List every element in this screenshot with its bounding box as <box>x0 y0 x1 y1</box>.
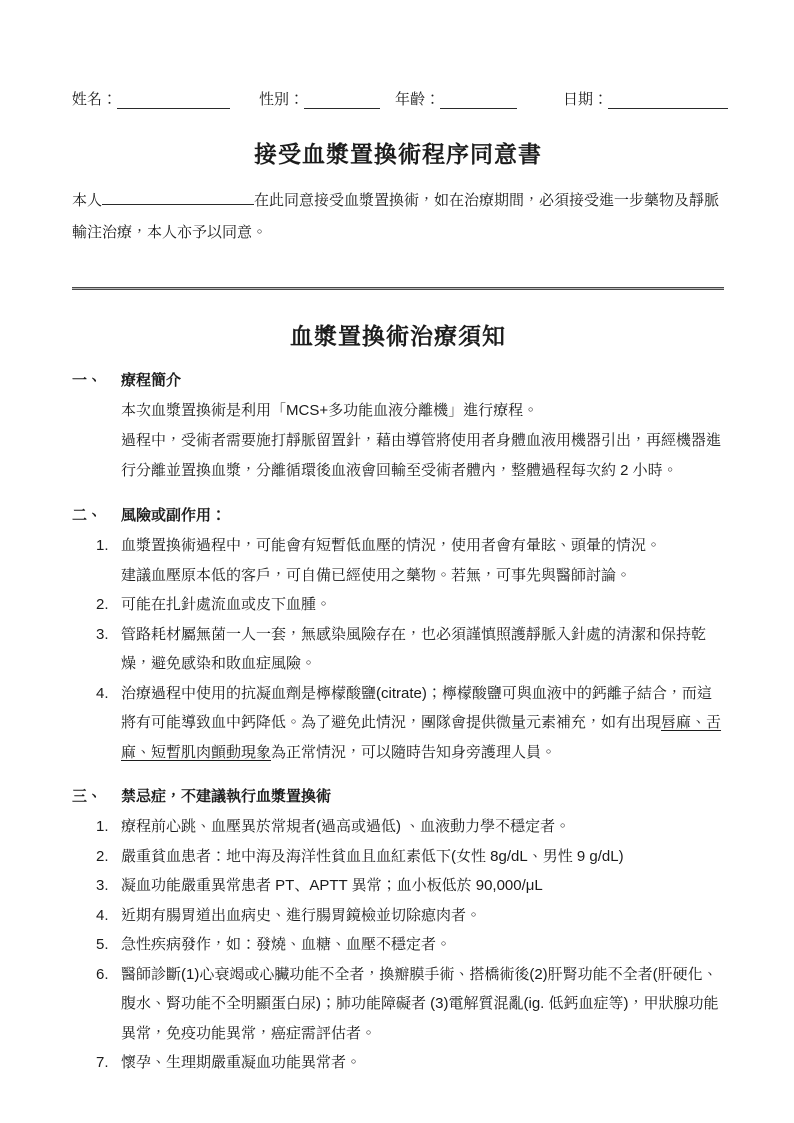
list-item-number: 1. <box>96 812 121 842</box>
section-number: 一、 <box>72 366 121 396</box>
section-contraindications: 三、 禁忌症，不建議執行血漿置換術 1. 療程前心跳、血壓異於常規者(過高或過低… <box>72 782 724 1078</box>
header-fields: 姓名： 性別： 年齡： 日期： <box>72 88 724 109</box>
section-divider-rule <box>72 287 724 290</box>
section-heading: 一、 療程簡介 <box>72 366 724 396</box>
consenter-name-blank-line <box>102 189 254 205</box>
list-item: 6. 醫師診斷(1)心衰竭或心臟功能不全者，換瓣膜手術、搭橋術後(2)肝腎功能不… <box>72 960 724 1049</box>
age-field: 年齡： <box>395 88 517 109</box>
notice-title: 血漿置換術治療須知 <box>72 318 724 351</box>
consent-title: 接受血漿置換術程序同意書 <box>72 136 724 169</box>
name-field: 姓名： <box>72 88 230 109</box>
list-item: 2. 可能在扎針處流血或皮下血腫。 <box>72 590 724 620</box>
sex-field: 性別： <box>259 88 380 109</box>
list-item-number: 7. <box>96 1048 121 1078</box>
age-label: 年齡： <box>395 88 440 109</box>
list-item-text: 血漿置換術過程中，可能會有短暫低血壓的情況，使用者會有暈眩、頭暈的情況。 建議血… <box>121 531 724 590</box>
sex-label: 性別： <box>259 88 304 109</box>
section-heading-text: 療程簡介 <box>121 366 724 396</box>
date-blank-line <box>608 92 728 109</box>
list-item: 3. 管路耗材屬無菌一人一套，無感染風險存在，也必須謹慎照護靜脈入針處的清潔和保… <box>72 620 724 679</box>
list-item-text: 近期有腸胃道出血病史、進行腸胃鏡檢並切除瘜肉者。 <box>121 901 724 931</box>
section-treatment-intro: 一、 療程簡介 本次血漿置換術是利用「MCS+多功能血液分離機」進行療程。 過程… <box>72 366 724 486</box>
section-heading-text: 風險或副作用： <box>121 501 724 531</box>
section-heading: 三、 禁忌症，不建議執行血漿置換術 <box>72 782 724 812</box>
list-item-text: 嚴重貧血患者：地中海及海洋性貧血且血紅素低下(女性 8g/dL、男性 9 g/d… <box>121 842 724 872</box>
item-text-segment: 為正常情況，可以隨時告知身旁護理人員。 <box>271 744 556 761</box>
list-item-number: 3. <box>96 871 121 901</box>
name-blank-line <box>117 92 230 109</box>
list-item-number: 2. <box>96 842 121 872</box>
document-page: 姓名： 性別： 年齡： 日期： 接受血漿置換術程序同意書 本人在此同意接受血漿置… <box>0 0 794 1123</box>
name-label: 姓名： <box>72 88 117 109</box>
list-item-text: 凝血功能嚴重異常患者 PT、APTT 異常；血小板低於 90,000/μL <box>121 871 724 901</box>
list-item: 1. 療程前心跳、血壓異於常規者(過高或過低) 、血液動力學不穩定者。 <box>72 812 724 842</box>
sex-blank-line <box>304 92 380 109</box>
list-item-number: 2. <box>96 590 121 620</box>
list-item-number: 1. <box>96 531 121 590</box>
date-field: 日期： <box>563 88 728 109</box>
list-item-text: 懷孕、生理期嚴重凝血功能異常者。 <box>121 1048 724 1078</box>
section-number: 二、 <box>72 501 121 531</box>
list-item: 1. 血漿置換術過程中，可能會有短暫低血壓的情況，使用者會有暈眩、頭暈的情況。 … <box>72 531 724 590</box>
list-item-number: 4. <box>96 901 121 931</box>
list-item: 4. 治療過程中使用的抗凝血劑是檸檬酸鹽(citrate)；檸檬酸鹽可與血液中的… <box>72 679 724 768</box>
list-item: 7. 懷孕、生理期嚴重凝血功能異常者。 <box>72 1048 724 1078</box>
list-item: 4. 近期有腸胃道出血病史、進行腸胃鏡檢並切除瘜肉者。 <box>72 901 724 931</box>
section-body-text: 本次血漿置換術是利用「MCS+多功能血液分離機」進行療程。 過程中，受術者需要施… <box>121 396 724 486</box>
list-item-text: 管路耗材屬無菌一人一套，無感染風險存在，也必須謹慎照護靜脈入針處的清潔和保持乾燥… <box>121 620 724 679</box>
section-number: 三、 <box>72 782 121 812</box>
list-item-number: 6. <box>96 960 121 1049</box>
list-item: 3. 凝血功能嚴重異常患者 PT、APTT 異常；血小板低於 90,000/μL <box>72 871 724 901</box>
list-item-text: 可能在扎針處流血或皮下血腫。 <box>121 590 724 620</box>
list-item: 2. 嚴重貧血患者：地中海及海洋性貧血且血紅素低下(女性 8g/dL、男性 9 … <box>72 842 724 872</box>
list-item-text: 療程前心跳、血壓異於常規者(過高或過低) 、血液動力學不穩定者。 <box>121 812 724 842</box>
section-heading: 二、 風險或副作用： <box>72 501 724 531</box>
list-item-text: 醫師診斷(1)心衰竭或心臟功能不全者，換瓣膜手術、搭橋術後(2)肝腎功能不全者(… <box>121 960 724 1049</box>
list-item-text: 急性疾病發作，如：發燒、血糖、血壓不穩定者。 <box>121 930 724 960</box>
list-item-text: 治療過程中使用的抗凝血劑是檸檬酸鹽(citrate)；檸檬酸鹽可與血液中的鈣離子… <box>121 679 724 768</box>
list-item-number: 3. <box>96 620 121 679</box>
item-text-segment: 治療過程中使用的抗凝血劑是檸檬酸鹽(citrate)；檸檬酸鹽可與血液中的鈣離子… <box>121 685 712 732</box>
consent-paragraph: 本人在此同意接受血漿置換術，如在治療期間，必須接受進一步藥物及靜脈輸注治療，本人… <box>72 185 724 249</box>
age-blank-line <box>440 92 517 109</box>
consent-text-prefix: 本人 <box>72 192 102 209</box>
section-risks: 二、 風險或副作用： 1. 血漿置換術過程中，可能會有短暫低血壓的情況，使用者會… <box>72 501 724 767</box>
list-item-number: 4. <box>96 679 121 768</box>
list-item: 5. 急性疾病發作，如：發燒、血糖、血壓不穩定者。 <box>72 930 724 960</box>
list-item-number: 5. <box>96 930 121 960</box>
section-heading-text: 禁忌症，不建議執行血漿置換術 <box>121 782 724 812</box>
date-label: 日期： <box>563 88 608 109</box>
